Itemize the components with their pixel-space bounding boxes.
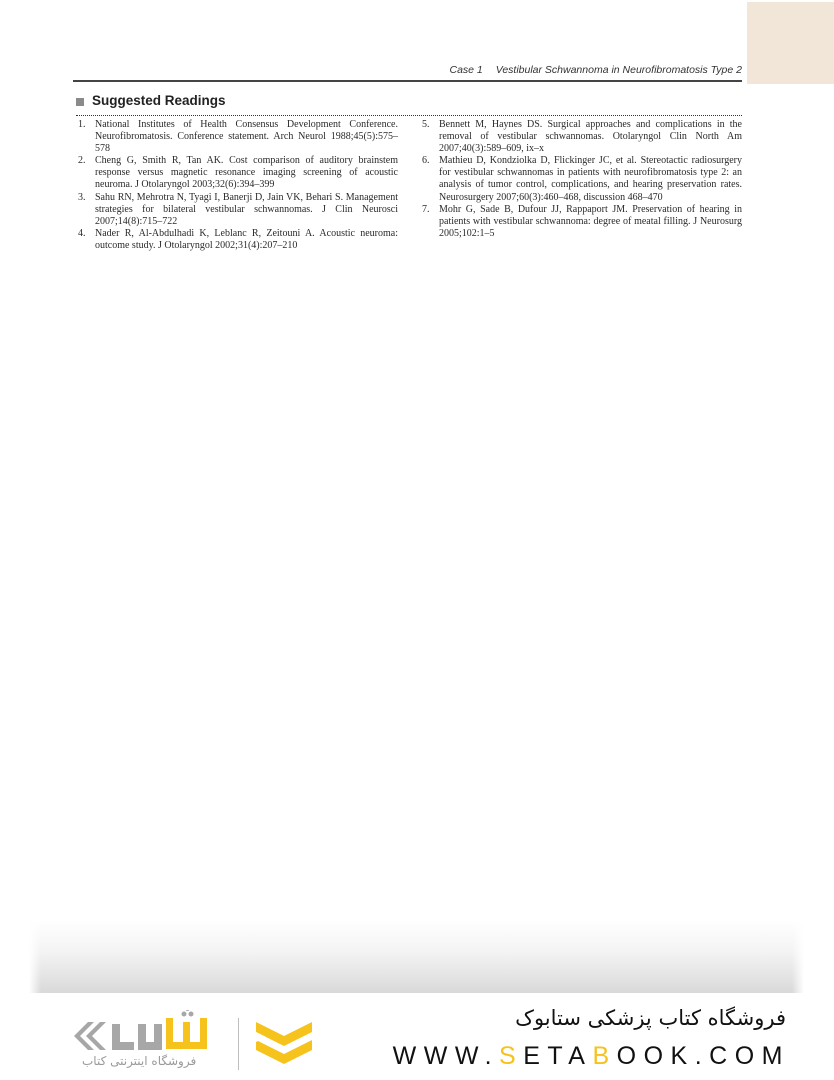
url-part: WWW. xyxy=(393,1042,499,1070)
reference-number: 7. xyxy=(422,204,430,216)
reference-item: 4. Nader R, Al-Abdulhadi K, Leblanc R, Z… xyxy=(78,228,398,252)
url-accent-letter: S xyxy=(499,1042,523,1070)
heading-bullet-icon xyxy=(76,98,84,106)
reference-number: 3. xyxy=(78,192,86,204)
reference-item: 7. Mohr G, Sade B, Dufour JJ, Rappaport … xyxy=(422,204,742,240)
setabook-logo: فروشگاه اینترنتی کتاب xyxy=(60,1010,330,1076)
footer-shadow-band xyxy=(29,920,804,993)
reference-text: Mohr G, Sade B, Dufour JJ, Rappaport JM.… xyxy=(439,204,742,239)
reference-number: 2. xyxy=(78,155,86,167)
store-url[interactable]: WWW.SETABOOK.COM xyxy=(393,1042,790,1071)
url-accent-letter: B xyxy=(592,1042,616,1070)
reference-text: National Institutes of Health Consensus … xyxy=(95,119,398,154)
page-number-tab: 5 xyxy=(747,2,834,84)
case-label: Case 1 xyxy=(450,64,483,76)
references-left-column: 1. National Institutes of Health Consens… xyxy=(78,119,398,252)
reference-number: 5. xyxy=(422,119,430,131)
header-rule xyxy=(73,80,742,82)
reference-item: 3. Sahu RN, Mehrotra N, Tyagi I, Banerji… xyxy=(78,192,398,228)
reference-text: Nader R, Al-Abdulhadi K, Leblanc R, Zeit… xyxy=(95,228,398,251)
logo-divider xyxy=(238,1018,239,1070)
section-title: Suggested Readings xyxy=(92,93,226,108)
reference-item: 6. Mathieu D, Kondziolka D, Flickinger J… xyxy=(422,155,742,203)
section-heading: Suggested Readings xyxy=(76,93,742,116)
chapter-title: Vestibular Schwannoma in Neurofibromatos… xyxy=(496,64,742,76)
reference-item: 5. Bennett M, Haynes DS. Surgical approa… xyxy=(422,119,742,155)
url-part: ETA xyxy=(523,1042,592,1070)
references-right-column: 5. Bennett M, Haynes DS. Surgical approa… xyxy=(422,119,742,240)
logo-tagline: فروشگاه اینترنتی کتاب xyxy=(82,1054,196,1068)
reference-text: Mathieu D, Kondziolka D, Flickinger JC, … xyxy=(439,155,742,202)
running-head: Case 1 Vestibular Schwannoma in Neurofib… xyxy=(450,64,743,76)
url-part: OOK.COM xyxy=(617,1042,790,1070)
reference-item: 1. National Institutes of Health Consens… xyxy=(78,119,398,155)
reference-text: Cheng G, Smith R, Tan AK. Cost compariso… xyxy=(95,155,398,190)
reference-text: Sahu RN, Mehrotra N, Tyagi I, Banerji D,… xyxy=(95,192,398,227)
reference-number: 1. xyxy=(78,119,86,131)
reference-text: Bennett M, Haynes DS. Surgical approache… xyxy=(439,119,742,154)
store-name: فروشگاه کتاب پزشکی ستابوک xyxy=(515,1006,786,1030)
reference-number: 6. xyxy=(422,155,430,167)
reference-item: 2. Cheng G, Smith R, Tan AK. Cost compar… xyxy=(78,155,398,191)
reference-number: 4. xyxy=(78,228,86,240)
